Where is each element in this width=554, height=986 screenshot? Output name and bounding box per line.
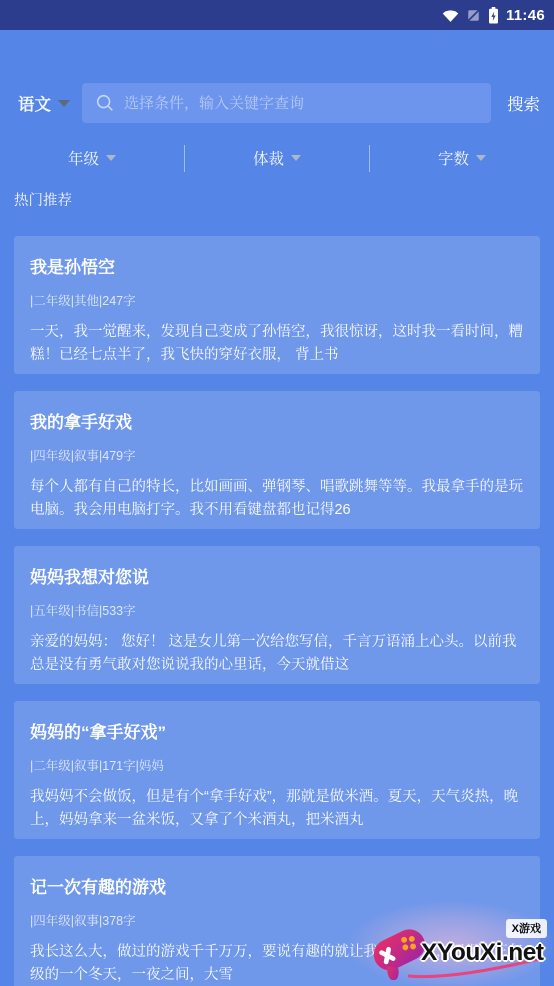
essay-meta: |四年级|叙事|479字 — [30, 446, 524, 464]
essay-title: 妈妈我想对您说 — [30, 563, 524, 588]
essay-preview: 一天，我一觉醒来，发现自己变成了孙悟空，我很惊讶，这时我一看时间，糟糕！已经七点… — [30, 321, 524, 368]
essay-preview: 亲爱的妈妈： 您好！ 这是女儿第一次给您写信，千言万语涌上心头。以前我总是没有勇… — [30, 631, 524, 678]
watermark: XYouXi.net X游戏 — [364, 916, 554, 986]
subject-dropdown-label: 语文 — [18, 91, 51, 115]
chevron-down-icon — [106, 155, 116, 161]
watermark-badge: X游戏 — [506, 919, 547, 938]
search-box — [82, 83, 491, 123]
filter-grade-label: 年级 — [68, 147, 99, 169]
essay-meta: |二年级|叙事|171字|妈妈 — [30, 756, 524, 774]
essay-meta: |五年级|书信|533字 — [30, 601, 524, 619]
no-sim-icon — [466, 8, 481, 23]
wifi-icon — [442, 8, 459, 23]
chevron-down-icon — [291, 155, 301, 161]
essay-title: 我是孙悟空 — [30, 253, 524, 278]
essay-title: 我的拿手好戏 — [30, 408, 524, 433]
essay-preview: 每个人都有自己的特长，比如画画、弹钢琴、唱歌跳舞等等。我最拿手的是玩电脑。我会用… — [30, 476, 524, 523]
chevron-down-icon — [58, 100, 70, 107]
status-bar: 11:46 — [0, 0, 554, 30]
filter-bar: 年级 体裁 字数 — [0, 141, 554, 175]
essay-title: 妈妈的“拿手好戏” — [30, 718, 524, 743]
essay-preview: 我妈妈不会做饭，但是有个“拿手好戏”，那就是做米酒。夏天，天气炎热，晚上，妈妈拿… — [30, 786, 524, 833]
watermark-site-text: XYouXi.net — [421, 939, 544, 967]
search-input[interactable] — [82, 83, 491, 123]
filter-word-count-label: 字数 — [438, 147, 469, 169]
essay-list: 我是孙悟空 |二年级|其他|247字 一天，我一觉醒来，发现自己变成了孙悟空，我… — [14, 236, 540, 986]
filter-genre[interactable]: 体裁 — [185, 147, 369, 169]
essay-card[interactable]: 我的拿手好戏 |四年级|叙事|479字 每个人都有自己的特长，比如画画、弹钢琴、… — [14, 391, 540, 529]
essay-card[interactable]: 我是孙悟空 |二年级|其他|247字 一天，我一觉醒来，发现自己变成了孙悟空，我… — [14, 236, 540, 374]
battery-charging-icon — [488, 7, 499, 24]
essay-meta: |二年级|其他|247字 — [30, 291, 524, 309]
subject-dropdown[interactable]: 语文 — [14, 91, 82, 115]
chevron-down-icon — [476, 155, 486, 161]
essay-card[interactable]: 妈妈我想对您说 |五年级|书信|533字 亲爱的妈妈： 您好！ 这是女儿第一次给… — [14, 546, 540, 684]
essay-card[interactable]: 妈妈的“拿手好戏” |二年级|叙事|171字|妈妈 我妈妈不会做饭，但是有个“拿… — [14, 701, 540, 839]
filter-word-count[interactable]: 字数 — [370, 147, 554, 169]
essay-title: 记一次有趣的游戏 — [30, 873, 524, 898]
section-title: 热门推荐 — [14, 189, 554, 210]
filter-grade[interactable]: 年级 — [0, 147, 184, 169]
search-header: 语文 搜索 — [14, 83, 540, 123]
search-icon — [94, 92, 116, 119]
filter-genre-label: 体裁 — [253, 147, 284, 169]
search-button[interactable]: 搜索 — [491, 91, 540, 115]
status-time: 11:46 — [506, 7, 545, 24]
